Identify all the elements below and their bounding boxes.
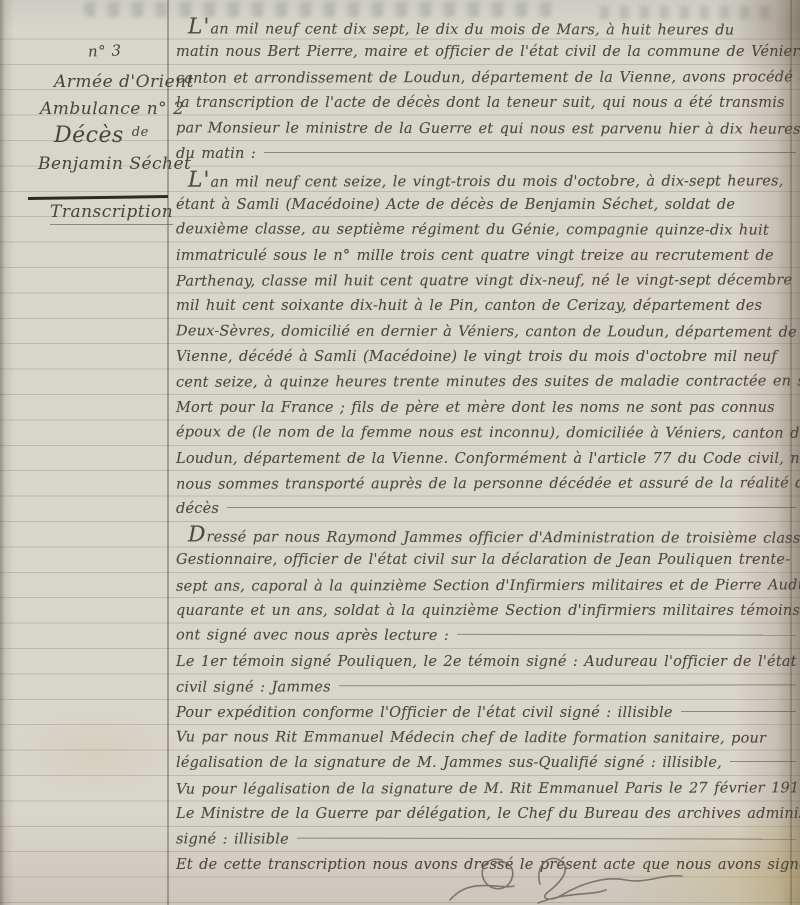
manuscript-line: du matin : — [176, 142, 798, 167]
manuscript-line: Pour expédition conforme l'Officier de l… — [176, 701, 798, 726]
register-page: n° 3 Armée d'Orient Ambulance n° 2 Décès… — [0, 0, 800, 905]
manuscript-line: deuxième classe, au septième régiment du… — [176, 217, 798, 244]
manuscript-line-text: Le 1er témoin signé Pouliquen, le 2e tém… — [176, 650, 797, 675]
manuscript-line-text: signé : illisible — [176, 827, 289, 853]
manuscript-line-text: du matin : — [176, 142, 256, 167]
manuscript-line-text: Dressé par nous Raymond Jammes officier … — [176, 522, 800, 552]
manuscript-line-text: matin nous Bert Pierre, maire et officie… — [176, 40, 800, 65]
manuscript-line-text: Pour expédition conforme l'Officier de l… — [176, 701, 673, 726]
manuscript-line-text: mil huit cent soixante dix-huit à le Pin… — [176, 294, 762, 319]
manuscript-line-text: étant à Samli (Macédoine) Acte de décès … — [176, 193, 735, 218]
manuscript-line: Dressé par nous Raymond Jammes officier … — [176, 522, 798, 549]
manuscript-line: cent seize, à quinze heures trente minut… — [176, 370, 798, 397]
manuscript-line: Vu par nous Rit Emmanuel Médecin chef de… — [176, 725, 798, 752]
manuscript-line: Vienne, décédé à Samli (Macédoine) le vi… — [176, 345, 798, 370]
manuscript-lines: L'an mil neuf cent dix sept, le dix du m… — [176, 15, 798, 878]
manuscript-line-text: époux de (le nom de la femme nous est in… — [176, 421, 800, 448]
army-label: Armée d'Orient — [54, 72, 194, 92]
manuscript-line-text: décès — [176, 497, 219, 522]
manuscript-line: L'an mil neuf cent dix sept, le dix du m… — [176, 14, 798, 41]
manuscript-line: L'an mil neuf cent seize, le vingt-trois… — [176, 167, 798, 194]
manuscript-line: époux de (le nom de la femme nous est in… — [176, 421, 798, 448]
manuscript-line-text: nous sommes transporté auprès de la pers… — [176, 471, 800, 498]
ink-rule-line — [297, 837, 796, 839]
manuscript-line-text: cent seize, à quinze heures trente minut… — [176, 370, 800, 397]
manuscript-line-text: L'an mil neuf cent dix sept, le dix du m… — [176, 14, 734, 44]
manuscript-line: canton et arrondissement de Loudun, dépa… — [176, 65, 798, 92]
manuscript-line-text: ont signé avec nous après lecture : — [176, 624, 449, 650]
margin-divider-line — [167, 0, 169, 905]
manuscript-line-text: Vu par nous Rit Emmanuel Médecin chef de… — [176, 725, 766, 752]
manuscript-line: ont signé avec nous après lecture : — [176, 624, 798, 651]
deceased-name: Benjamin Séchet — [38, 154, 191, 174]
manuscript-line: mil huit cent soixante dix-huit à le Pin… — [176, 294, 798, 319]
manuscript-line: civil signé : Jammes — [176, 675, 798, 702]
ink-rule-line — [681, 711, 796, 712]
manuscript-line-text: L'an mil neuf cent seize, le vingt-trois… — [176, 167, 784, 197]
manuscript-line: Deux-Sèvres, domicilié en dernier à Véni… — [176, 319, 798, 346]
manuscript-line-text: Vu pour légalisation de la signature de … — [176, 776, 800, 803]
manuscript-line-text: canton et arrondissement de Loudun, dépa… — [176, 65, 800, 92]
manuscript-line-text: Loudun, département de la Vienne. Confor… — [176, 447, 800, 472]
manuscript-line-text: Mort pour la France ; fils de père et mè… — [176, 396, 775, 421]
ink-rule-line — [339, 685, 796, 687]
manuscript-line: sept ans, caporal à la quinzième Section… — [176, 573, 798, 600]
ambulance-label: Ambulance n° 2 — [40, 99, 184, 119]
manuscript-line-text: la transcription de l'acte de décès dont… — [176, 91, 785, 116]
act-type-label: Décèsde — [54, 123, 149, 148]
ink-rule-line — [730, 761, 796, 762]
manuscript-line-text: Parthenay, classe mil huit cent quatre v… — [176, 268, 792, 295]
manuscript-line-text: Gestionnaire, officier de l'état civil s… — [176, 548, 790, 573]
ink-rule-line — [264, 152, 796, 153]
manuscript-line: matin nous Bert Pierre, maire et officie… — [176, 40, 798, 65]
manuscript-line-text: quarante et un ans, soldat à la quinzièm… — [176, 599, 800, 624]
manuscript-line: légalisation de la signature de M. Jamme… — [176, 751, 798, 776]
manuscript-line-text: civil signé : Jammes — [176, 675, 331, 701]
manuscript-line: nous sommes transporté auprès de la pers… — [176, 471, 798, 498]
ink-rule-line — [457, 634, 796, 636]
manuscript-line: Mort pour la France ; fils de père et mè… — [176, 396, 798, 421]
manuscript-line: décès — [176, 497, 798, 522]
manuscript-line: par Monsieur le ministre de la Guerre et… — [176, 116, 798, 143]
manuscript-line-text: Le Ministre de la Guerre par délégation,… — [176, 802, 800, 827]
manuscript-line: Gestionnaire, officier de l'état civil s… — [176, 548, 798, 573]
manuscript-line: immatriculé sous le n° mille trois cent … — [176, 244, 798, 269]
manuscript-line: Vu pour légalisation de la signature de … — [176, 776, 798, 803]
manuscript-line-text: Deux-Sèvres, domicilié en dernier à Véni… — [176, 319, 800, 346]
manuscript-line-text: par Monsieur le ministre de la Guerre et… — [176, 116, 800, 143]
manuscript-line: Parthenay, classe mil huit cent quatre v… — [176, 268, 798, 295]
signature-flourish — [430, 846, 690, 904]
manuscript-line: Le Ministre de la Guerre par délégation,… — [176, 802, 798, 827]
manuscript-line-text: immatriculé sous le n° mille trois cent … — [176, 244, 774, 269]
manuscript-line: étant à Samli (Macédoine) Acte de décès … — [176, 193, 798, 218]
manuscript-line-text: Vienne, décédé à Samli (Macédoine) le vi… — [176, 345, 777, 370]
manuscript-line: Loudun, département de la Vienne. Confor… — [176, 447, 798, 472]
manuscript-line: quarante et un ans, soldat à la quinzièm… — [176, 599, 798, 624]
manuscript-line-text: deuxième classe, au septième régiment du… — [176, 217, 769, 244]
manuscript-line-text: légalisation de la signature de M. Jamme… — [176, 751, 722, 776]
section-title: Transcription — [50, 202, 173, 225]
act-type-main: Décès — [54, 123, 124, 148]
manuscript-line-text: sept ans, caporal à la quinzième Section… — [176, 573, 800, 600]
manuscript-line: la transcription de l'acte de décès dont… — [176, 91, 798, 116]
ink-rule-line — [227, 507, 796, 508]
margin-separator-stroke — [28, 195, 168, 199]
act-type-particle: de — [132, 125, 149, 140]
act-number: n° 3 — [88, 41, 122, 60]
margin-column: n° 3 Armée d'Orient Ambulance n° 2 Décès… — [0, 0, 167, 905]
manuscript-line: Le 1er témoin signé Pouliquen, le 2e tém… — [176, 650, 798, 675]
